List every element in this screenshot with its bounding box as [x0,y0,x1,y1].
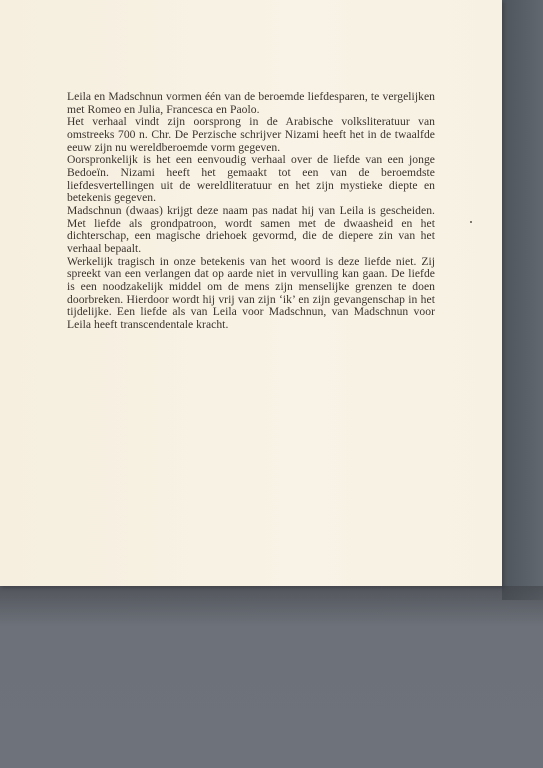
scan-speck [470,221,472,223]
paragraph-1: Leila en Madschnun vormen één van de ber… [67,91,435,116]
paragraph-4: Madschnun (dwaas) krijgt deze naam pas n… [67,205,435,256]
paragraph-2: Het verhaal vindt zijn oorsprong in de A… [67,116,435,154]
page-shadow [0,586,543,626]
paragraph-3: Oorspronkelijk is het een eenvoudig verh… [67,154,435,205]
book-page: Leila en Madschnun vormen één van de ber… [0,0,502,586]
body-text: Leila en Madschnun vormen één van de ber… [67,91,435,331]
paragraph-5: Werkelijk tragisch in onze betekenis van… [67,256,435,332]
background-right-strip [502,0,543,600]
